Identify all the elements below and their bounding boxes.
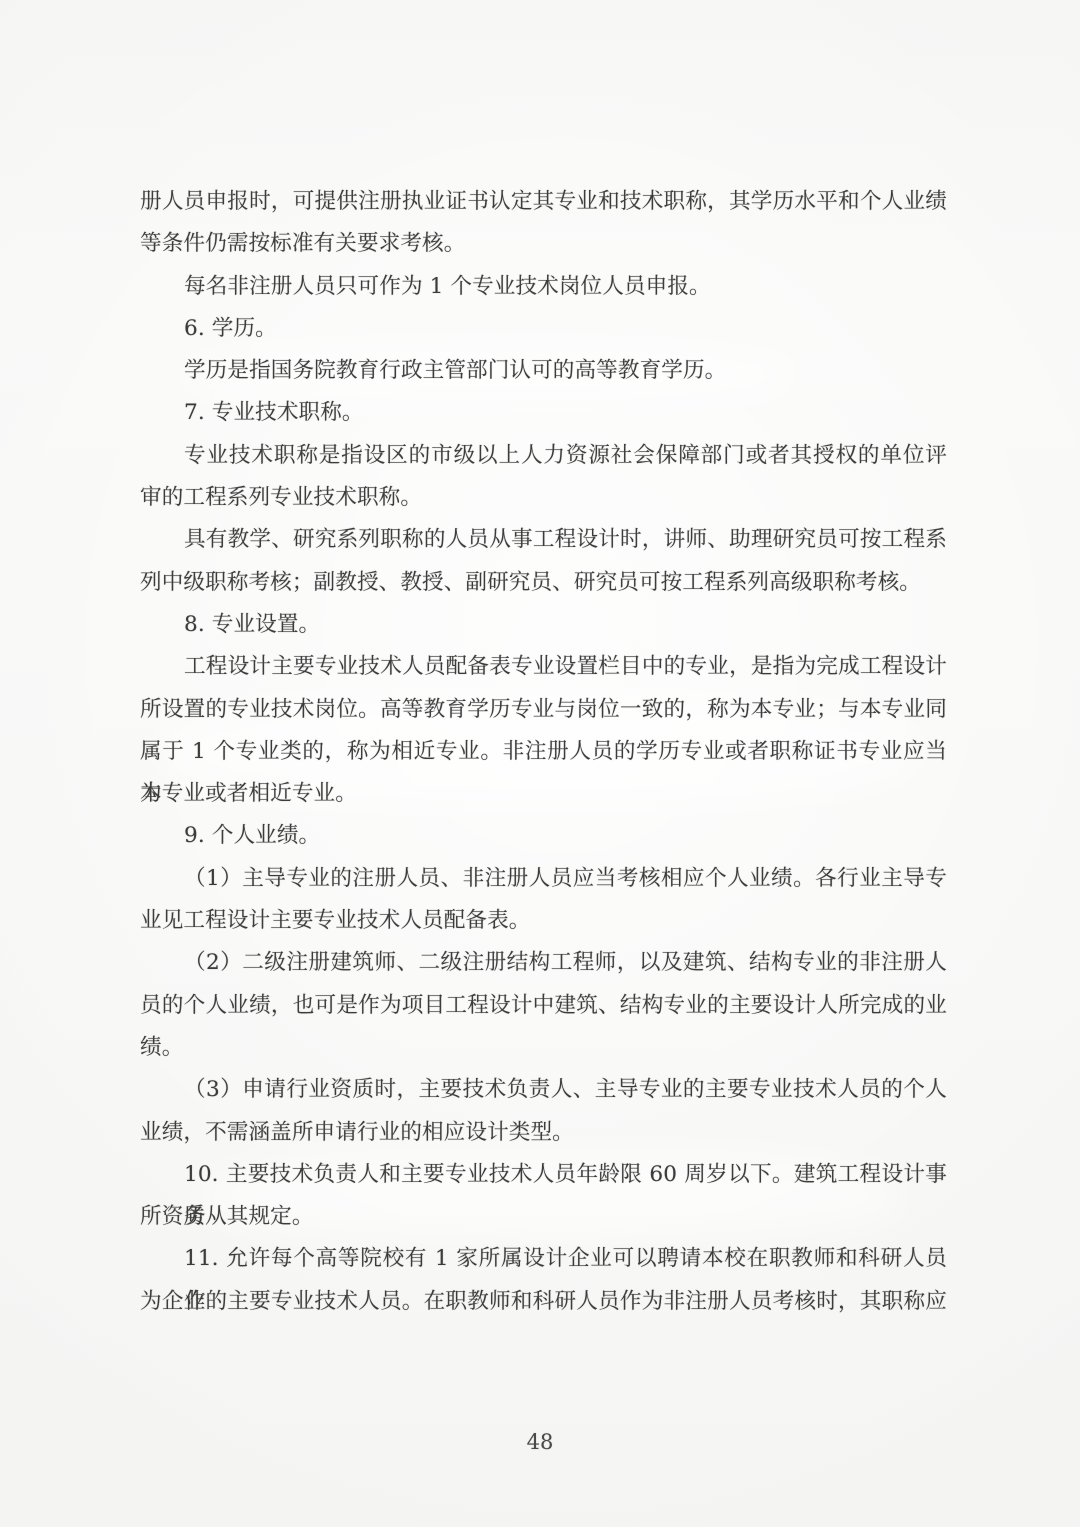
text-line: 所设置的专业技术岗位。高等教育学历专业与岗位一致的，称为本专业；与本专业同 [140, 689, 947, 731]
text-line: 9. 个人业绩。 [140, 815, 947, 857]
text-line: 专业技术职称是指设区的市级以上人力资源社会保障部门或者其授权的单位评 [140, 435, 947, 477]
text-line: （3）申请行业资质时，主要技术负责人、主导专业的主要专业技术人员的个人 [140, 1069, 947, 1111]
text-line: 所资质从其规定。 [140, 1196, 947, 1238]
text-line: 工程设计主要专业技术人员配备表专业设置栏目中的专业，是指为完成工程设计 [140, 646, 947, 688]
text-line: 员的个人业绩，也可是作为项目工程设计中建筑、结构专业的主要设计人所完成的业 [140, 985, 947, 1027]
text-line: 6. 学历。 [140, 308, 947, 350]
text-line: 每名非注册人员只可作为 1 个专业技术岗位人员申报。 [140, 266, 947, 308]
page-number: 48 [527, 1430, 554, 1454]
document-body: 册人员申报时，可提供注册执业证书认定其专业和技术职称，其学历水平和个人业绩等条件… [140, 181, 947, 1323]
text-line: 7. 专业技术职称。 [140, 392, 947, 434]
document-page: 册人员申报时，可提供注册执业证书认定其专业和技术职称，其学历水平和个人业绩等条件… [0, 0, 1080, 1527]
text-line: 业见工程设计主要专业技术人员配备表。 [140, 900, 947, 942]
text-line: 8. 专业设置。 [140, 604, 947, 646]
text-line: 本专业或者相近专业。 [140, 773, 947, 815]
text-line: 为企业的主要专业技术人员。在职教师和科研人员作为非注册人员考核时，其职称应 [140, 1281, 947, 1323]
text-line: 列中级职称考核；副教授、教授、副研究员、研究员可按工程系列高级职称考核。 [140, 562, 947, 604]
page-footer: 48 [0, 1430, 1080, 1454]
text-line: （2）二级注册建筑师、二级注册结构工程师，以及建筑、结构专业的非注册人 [140, 942, 947, 984]
text-line: 具有教学、研究系列职称的人员从事工程设计时，讲师、助理研究员可按工程系 [140, 519, 947, 561]
text-line: 等条件仍需按标准有关要求考核。 [140, 223, 947, 265]
text-line: 学历是指国务院教育行政主管部门认可的高等教育学历。 [140, 350, 947, 392]
text-line: 11. 允许每个高等院校有 1 家所属设计企业可以聘请本校在职教师和科研人员作 [140, 1238, 947, 1280]
text-line: 10. 主要技术负责人和主要专业技术人员年龄限 60 周岁以下。建筑工程设计事务 [140, 1154, 947, 1196]
text-line: 审的工程系列专业技术职称。 [140, 477, 947, 519]
text-line: （1）主导专业的注册人员、非注册人员应当考核相应个人业绩。各行业主导专 [140, 858, 947, 900]
text-line: 册人员申报时，可提供注册执业证书认定其专业和技术职称，其学历水平和个人业绩 [140, 181, 947, 223]
text-line: 属于 1 个专业类的，称为相近专业。非注册人员的学历专业或者职称证书专业应当为 [140, 731, 947, 773]
text-line: 绩。 [140, 1027, 947, 1069]
text-line: 业绩，不需涵盖所申请行业的相应设计类型。 [140, 1112, 947, 1154]
